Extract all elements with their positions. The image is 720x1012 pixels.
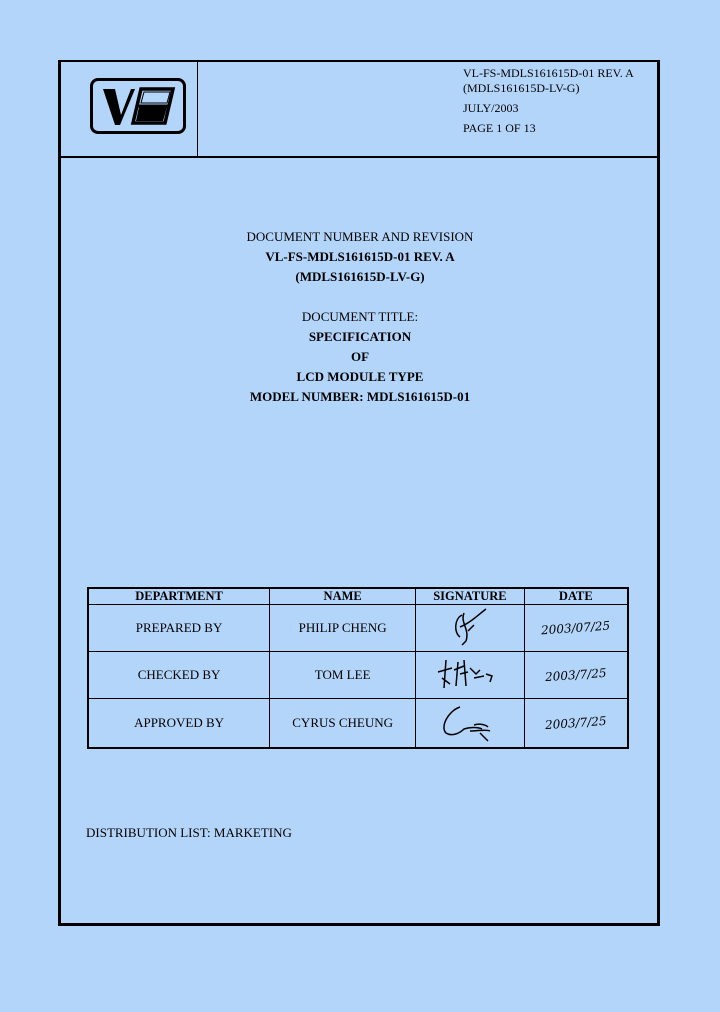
document-title-section: DOCUMENT TITLE: SPECIFICATION OF LCD MOD… (0, 307, 720, 407)
vl-logo-icon (90, 78, 186, 134)
doc-title-line2: OF (0, 347, 720, 367)
handwritten-date: 2003/07/25 (541, 619, 611, 638)
column-header-name: NAME (270, 588, 416, 605)
name-cell: CYRUS CHEUNG (270, 699, 416, 749)
department-cell: APPROVED BY (88, 699, 270, 749)
header-page: PAGE 1 OF 13 (463, 121, 634, 136)
signature-cell (416, 605, 524, 652)
table-row: CHECKED BY TOM LEE 2003/7/25 (88, 652, 628, 699)
name-cell: PHILIP CHENG (270, 605, 416, 652)
column-header-date: DATE (524, 588, 628, 605)
logo-cell (58, 60, 198, 156)
handwritten-signature-icon (440, 605, 500, 647)
document-border (58, 60, 660, 926)
date-cell: 2003/7/25 (524, 652, 628, 699)
table-row: PREPARED BY PHILIP CHENG 2003/07/25 (88, 605, 628, 652)
handwritten-date: 2003/7/25 (545, 666, 607, 684)
doc-title-line4: MODEL NUMBER: MDLS161615D-01 (0, 387, 720, 407)
department-cell: PREPARED BY (88, 605, 270, 652)
document-number-section: DOCUMENT NUMBER AND REVISION VL-FS-MDLS1… (0, 227, 720, 287)
doc-number-heading: DOCUMENT NUMBER AND REVISION (0, 227, 720, 247)
date-cell: 2003/7/25 (524, 699, 628, 749)
column-header-signature: SIGNATURE (416, 588, 524, 605)
name-cell: TOM LEE (270, 652, 416, 699)
handwritten-date: 2003/7/25 (545, 714, 607, 732)
distribution-list: DISTRIBUTION LIST: MARKETING (86, 825, 292, 841)
doc-title-heading: DOCUMENT TITLE: (0, 307, 720, 327)
table-header-row: DEPARTMENT NAME SIGNATURE DATE (88, 588, 628, 605)
handwritten-signature-icon (430, 652, 510, 694)
approval-table: DEPARTMENT NAME SIGNATURE DATE PREPARED … (87, 587, 629, 749)
signature-cell (416, 699, 524, 749)
header-doc-alt-number: (MDLS161615D-LV-G) (463, 81, 634, 96)
signature-cell (416, 652, 524, 699)
doc-title-line3: LCD MODULE TYPE (0, 367, 720, 387)
doc-alt-number: (MDLS161615D-LV-G) (0, 267, 720, 287)
document-info: VL-FS-MDLS161615D-01 REV. A (MDLS161615D… (463, 66, 634, 136)
doc-title-line1: SPECIFICATION (0, 327, 720, 347)
date-cell: 2003/07/25 (524, 605, 628, 652)
column-header-department: DEPARTMENT (88, 588, 270, 605)
doc-number: VL-FS-MDLS161615D-01 REV. A (0, 247, 720, 267)
header-date: JULY/2003 (463, 101, 634, 116)
header-doc-number: VL-FS-MDLS161615D-01 REV. A (463, 66, 634, 81)
department-cell: CHECKED BY (88, 652, 270, 699)
handwritten-signature-icon (430, 699, 510, 743)
document-header: VL-FS-MDLS161615D-01 REV. A (MDLS161615D… (58, 60, 660, 158)
table-row: APPROVED BY CYRUS CHEUNG 2003/7/25 (88, 699, 628, 749)
